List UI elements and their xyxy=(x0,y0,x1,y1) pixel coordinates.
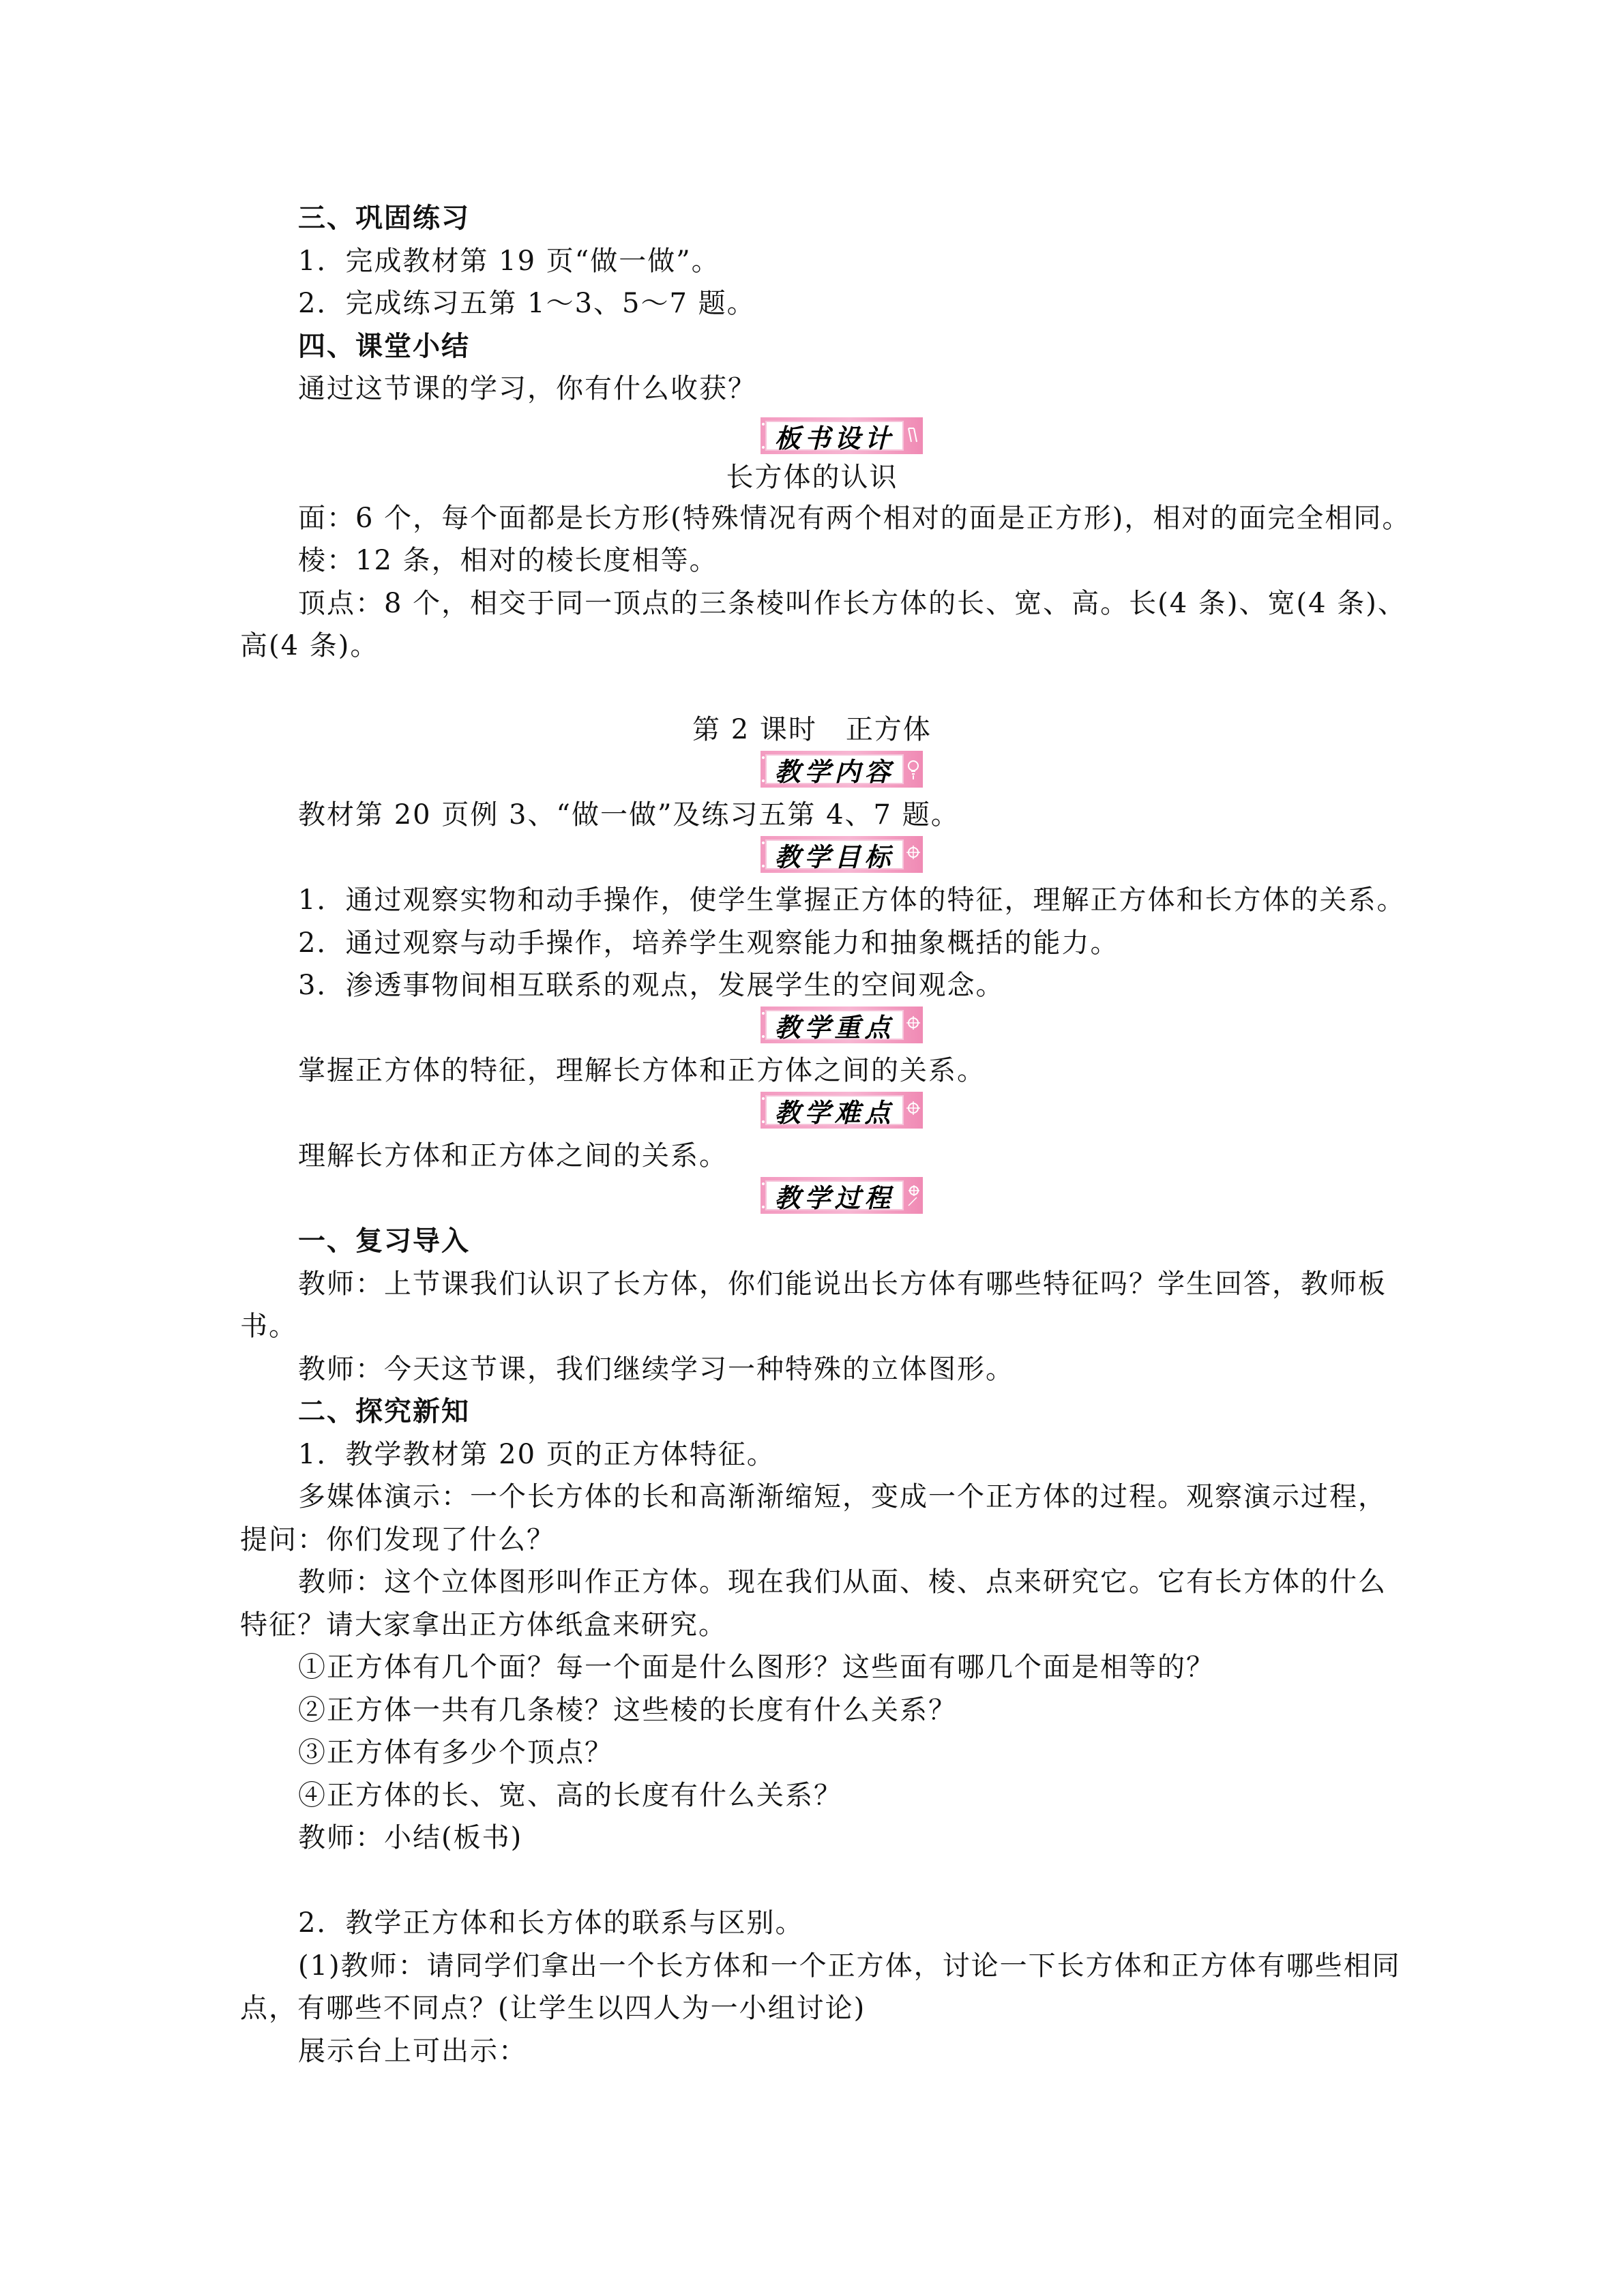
difficulties-text: 理解长方体和正方体之间的关系。 xyxy=(298,1138,728,1174)
badge-dot xyxy=(762,756,765,759)
badge-dot xyxy=(762,446,765,449)
badge-teaching-content: 教学内容 xyxy=(761,751,923,788)
badge-dot xyxy=(762,1097,765,1100)
target-icon xyxy=(906,843,921,866)
badge-teaching-goals: 教学目标 xyxy=(761,836,923,873)
pencil-icon xyxy=(906,424,921,447)
process-line: 教师：上节课我们认识了长方体，你们能说出长方体有哪些特征吗？学生回答，教师板 xyxy=(298,1266,1387,1302)
review-item-2: 2．完成练习五第 1～3、5～7 题。 xyxy=(298,286,756,321)
process-line: 1．教学教材第 20 页的正方体特征。 xyxy=(298,1437,776,1472)
badge-dot xyxy=(762,841,765,844)
badge-teaching-process: 教学过程 xyxy=(761,1177,923,1214)
badge-dot xyxy=(762,1120,765,1123)
badge-label: 教学内容 xyxy=(765,754,904,784)
question-1: ①正方体有几个面？每一个面是什么图形？这些面有哪几个面是相等的？ xyxy=(298,1650,1215,1685)
badge-dot xyxy=(762,1182,765,1185)
process-line: 书。 xyxy=(240,1309,297,1344)
section-heading-review: 三、巩固练习 xyxy=(298,200,470,236)
badge-dot xyxy=(762,1035,765,1038)
question-2: ②正方体一共有几条棱？这些棱的长度有什么关系？ xyxy=(298,1693,957,1728)
badge-label: 教学难点 xyxy=(765,1095,904,1125)
review-item-1: 1．完成教材第 19 页“做一做”。 xyxy=(298,243,720,279)
lesson-title: 第 2 课时 正方体 xyxy=(0,712,1624,747)
summary-text: 通过这节课的学习，你有什么收获？ xyxy=(298,371,756,406)
badge-label: 教学目标 xyxy=(765,839,904,869)
badge-board-design: 板书设计 xyxy=(761,417,923,454)
badge-dot xyxy=(762,779,765,782)
board-line-edges: 棱：12 条，相对的棱长度相等。 xyxy=(298,543,718,578)
lightbulb-icon xyxy=(906,758,921,781)
process-line: 教师：这个立体图形叫作正方体。现在我们从面、棱、点来研究它。它有长方体的什么 xyxy=(298,1564,1387,1600)
process-line: 特征？请大家拿出正方体纸盒来研究。 xyxy=(240,1607,727,1643)
process-line: 教师：今天这节课，我们继续学习一种特殊的立体图形。 xyxy=(298,1352,1014,1387)
board-title: 长方体的认识 xyxy=(0,460,1624,495)
process-line: 点，有哪些不同点？(让学生以四人为一小组讨论) xyxy=(240,1991,866,2026)
badge-dot xyxy=(762,1206,765,1208)
badge-label: 教学重点 xyxy=(765,1010,904,1040)
target-icon xyxy=(906,1013,921,1037)
board-line-vertices: 顶点：8 个，相交于同一顶点的三条棱叫作长方体的长、宽、高。长(4 条)、宽(4… xyxy=(298,586,1406,621)
content-text: 教材第 20 页例 3、“做一做”及练习五第 4、7 题。 xyxy=(298,797,960,833)
board-line-vertices-cont: 高(4 条)。 xyxy=(240,628,379,664)
process-heading-explore: 二、探究新知 xyxy=(298,1394,470,1429)
process-line: 展示台上可出示： xyxy=(298,2033,527,2069)
badge-label: 板书设计 xyxy=(765,421,904,451)
badge-dot xyxy=(762,865,765,867)
process-line: 2．教学正方体和长方体的联系与区别。 xyxy=(298,1905,803,1941)
question-4: ④正方体的长、宽、高的长度有什么关系？ xyxy=(298,1778,842,1813)
target-icon xyxy=(906,1099,921,1122)
goal-item-1: 1．通过观察实物和动手操作，使学生掌握正方体的特征，理解正方体和长方体的关系。 xyxy=(298,882,1405,918)
badge-label: 教学过程 xyxy=(765,1180,904,1210)
process-heading-review: 一、复习导入 xyxy=(298,1223,470,1259)
section-heading-summary: 四、课堂小结 xyxy=(298,329,470,364)
process-line: 教师：小结(板书) xyxy=(298,1820,522,1855)
board-line-faces: 面：6 个，每个面都是长方形(特殊情况有两个相对的面是正方形)，相对的面完全相同… xyxy=(298,501,1411,536)
key-points-text: 掌握正方体的特征，理解长方体和正方体之间的关系。 xyxy=(298,1053,986,1088)
process-line: (1)教师：请同学们拿出一个长方体和一个正方体，讨论一下长方体和正方体有哪些相同 xyxy=(298,1948,1401,1984)
question-3: ③正方体有多少个顶点？ xyxy=(298,1735,613,1770)
process-line: 多媒体演示：一个长方体的长和高渐渐缩短，变成一个正方体的过程。观察演示过程， xyxy=(298,1479,1387,1515)
badge-dot xyxy=(762,423,765,426)
goal-item-2: 2．通过观察与动手操作，培养学生观察能力和抽象概括的能力。 xyxy=(298,925,1119,961)
badge-key-points: 教学重点 xyxy=(761,1007,923,1043)
badge-dot xyxy=(762,1012,765,1015)
badge-difficulties: 教学难点 xyxy=(761,1092,923,1129)
crosshair-arrow-icon xyxy=(906,1184,921,1207)
process-line: 提问：你们发现了什么？ xyxy=(240,1522,555,1557)
goal-item-3: 3．渗透事物间相互联系的观点，发展学生的空间观念。 xyxy=(298,968,1004,1003)
